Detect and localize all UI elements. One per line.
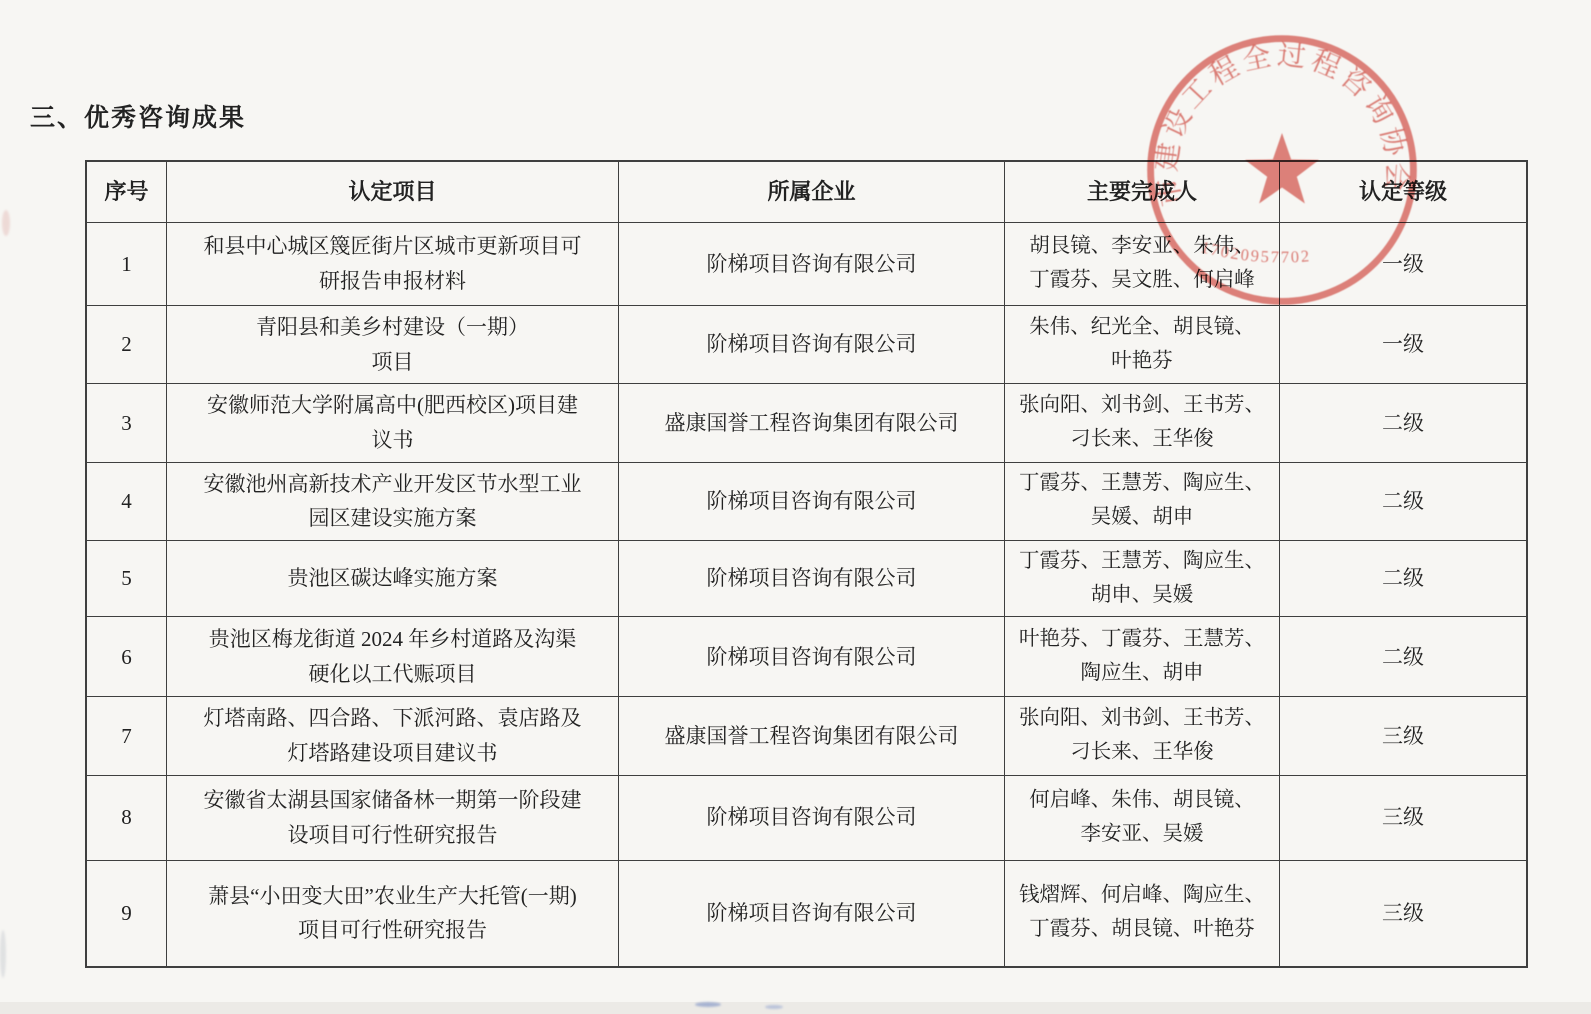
contributors: 朱伟、纪光全、胡艮镜、 叶艳芬 (1005, 306, 1280, 384)
scan-speck (695, 1002, 721, 1007)
row-index: 4 (87, 463, 167, 541)
project-name: 安徽省太湖县国家储备林一期第一阶段建 设项目可行性研究报告 (167, 776, 619, 861)
table-row: 4安徽池州高新技术产业开发区节水型工业 园区建设实施方案阶梯项目咨询有限公司丁霞… (87, 463, 1526, 541)
contributors: 张向阳、刘书剑、王书芳、 刁长来、王华俊 (1005, 384, 1280, 462)
table-row: 2青阳县和美乡村建设（一期） 项目阶梯项目咨询有限公司朱伟、纪光全、胡艮镜、 叶… (87, 306, 1526, 384)
grade-value: 二级 (1280, 463, 1526, 541)
row-index: 2 (87, 306, 167, 384)
table-row: 3安徽师范大学附属高中(肥西校区)项目建 议书盛康国誉工程咨询集团有限公司张向阳… (87, 384, 1526, 462)
scan-speck (2, 210, 10, 236)
grade-value: 二级 (1280, 384, 1526, 462)
col-header-project: 认定项目 (167, 162, 619, 223)
company-name: 阶梯项目咨询有限公司 (619, 861, 1005, 966)
row-index: 6 (87, 617, 167, 697)
company-name: 盛康国誉工程咨询集团有限公司 (619, 384, 1005, 462)
company-name: 盛康国誉工程咨询集团有限公司 (619, 697, 1005, 775)
company-name: 阶梯项目咨询有限公司 (619, 776, 1005, 861)
scan-speck (0, 930, 6, 978)
table-body: 1和县中心城区篾匠街片区城市更新项目可 研报告申报材料阶梯项目咨询有限公司胡艮镜… (87, 223, 1526, 966)
scan-speck (765, 1005, 783, 1009)
company-name: 阶梯项目咨询有限公司 (619, 541, 1005, 618)
project-name: 萧县“小田变大田”农业生产大托管(一期) 项目可行性研究报告 (167, 861, 619, 966)
table-row: 6贵池区梅龙街道 2024 年乡村道路及沟渠 硬化以工代赈项目阶梯项目咨询有限公… (87, 617, 1526, 697)
project-name: 贵池区梅龙街道 2024 年乡村道路及沟渠 硬化以工代赈项目 (167, 617, 619, 697)
company-name: 阶梯项目咨询有限公司 (619, 223, 1005, 306)
table-row: 8安徽省太湖县国家储备林一期第一阶段建 设项目可行性研究报告阶梯项目咨询有限公司… (87, 776, 1526, 861)
project-name: 贵池区碳达峰实施方案 (167, 541, 619, 618)
row-index: 1 (87, 223, 167, 306)
company-name: 阶梯项目咨询有限公司 (619, 463, 1005, 541)
contributors: 胡艮镜、李安亚、朱伟、 丁霞芬、吴文胜、何启峰 (1005, 223, 1280, 306)
row-index: 9 (87, 861, 167, 966)
grade-value: 一级 (1280, 223, 1526, 306)
grade-value: 一级 (1280, 306, 1526, 384)
contributors: 钱熠辉、何启峰、陶应生、 丁霞芬、胡艮镜、叶艳芬 (1005, 861, 1280, 966)
table-header-row: 序号 认定项目 所属企业 主要完成人 认定等级 (87, 162, 1526, 223)
table-row: 5贵池区碳达峰实施方案阶梯项目咨询有限公司丁霞芬、王慧芳、陶应生、 胡申、吴媛二… (87, 541, 1526, 618)
project-name: 安徽师范大学附属高中(肥西校区)项目建 议书 (167, 384, 619, 462)
table-row: 9萧县“小田变大田”农业生产大托管(一期) 项目可行性研究报告阶梯项目咨询有限公… (87, 861, 1526, 966)
grade-value: 三级 (1280, 776, 1526, 861)
section-title: 三、优秀咨询成果 (30, 98, 246, 134)
contributors: 何启峰、朱伟、胡艮镜、 李安亚、吴媛 (1005, 776, 1280, 861)
company-name: 阶梯项目咨询有限公司 (619, 617, 1005, 697)
company-name: 阶梯项目咨询有限公司 (619, 306, 1005, 384)
project-name: 灯塔南路、四合路、下派河路、袁店路及 灯塔路建设项目建议书 (167, 697, 619, 775)
col-header-no: 序号 (87, 162, 167, 223)
grade-value: 二级 (1280, 617, 1526, 697)
col-header-grade: 认定等级 (1280, 162, 1526, 223)
contributors: 张向阳、刘书剑、王书芳、 刁长来、王华俊 (1005, 697, 1280, 775)
contributors: 叶艳芬、丁霞芬、王慧芳、 陶应生、胡申 (1005, 617, 1280, 697)
grade-value: 三级 (1280, 861, 1526, 966)
project-name: 青阳县和美乡村建设（一期） 项目 (167, 306, 619, 384)
project-name: 安徽池州高新技术产业开发区节水型工业 园区建设实施方案 (167, 463, 619, 541)
col-header-people: 主要完成人 (1005, 162, 1280, 223)
contributors: 丁霞芬、王慧芳、陶应生、 吴媛、胡申 (1005, 463, 1280, 541)
scan-edge-artifact (0, 1002, 1591, 1014)
row-index: 5 (87, 541, 167, 618)
contributors: 丁霞芬、王慧芳、陶应生、 胡申、吴媛 (1005, 541, 1280, 618)
table-row: 7灯塔南路、四合路、下派河路、袁店路及 灯塔路建设项目建议书盛康国誉工程咨询集团… (87, 697, 1526, 775)
grade-value: 二级 (1280, 541, 1526, 618)
grade-value: 三级 (1280, 697, 1526, 775)
row-index: 7 (87, 697, 167, 775)
results-table: 序号 认定项目 所属企业 主要完成人 认定等级 1和县中心城区篾匠街片区城市更新… (85, 160, 1528, 968)
project-name: 和县中心城区篾匠街片区城市更新项目可 研报告申报材料 (167, 223, 619, 306)
row-index: 8 (87, 776, 167, 861)
col-header-company: 所属企业 (619, 162, 1005, 223)
row-index: 3 (87, 384, 167, 462)
table-row: 1和县中心城区篾匠街片区城市更新项目可 研报告申报材料阶梯项目咨询有限公司胡艮镜… (87, 223, 1526, 306)
